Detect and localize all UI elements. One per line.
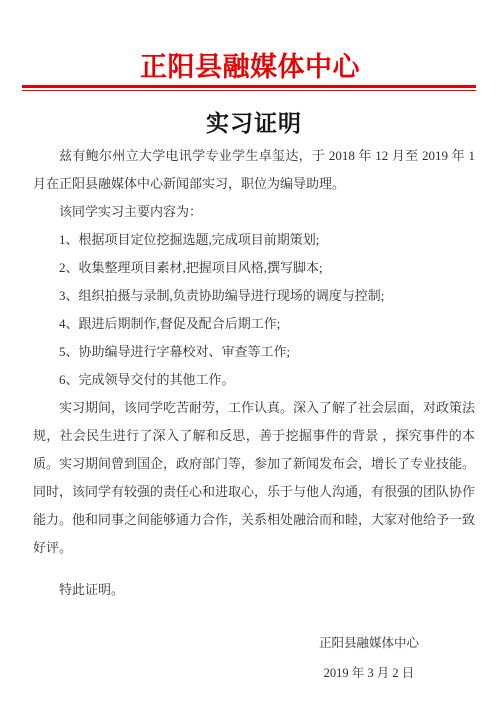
letterhead-double-rule [22, 85, 476, 91]
rule-thick-line [22, 85, 476, 88]
evaluation-paragraph: 实习期间，该同学吃苦耐劳，工作认真。深入了解了社会层面，对政策法规，社会民生进行… [33, 394, 475, 562]
document-body: 兹有鲍尔州立大学电讯学专业学生卓玺达，于 2018 年 12 月至 2019 年… [33, 142, 475, 604]
intro-paragraph: 兹有鲍尔州立大学电讯学专业学生卓玺达，于 2018 年 12 月至 2019 年… [33, 142, 475, 198]
duty-item: 5、协助编导进行字幕校对、审查等工作; [33, 338, 475, 366]
letterhead-org-name: 正阳县融媒体中心 [15, 51, 485, 83]
certificate-page: 正阳县融媒体中心 实习证明 兹有鲍尔州立大学电讯学专业学生卓玺达，于 2018 … [0, 0, 498, 718]
closing-statement: 特此证明。 [33, 576, 475, 604]
duty-item: 1、根据项目定位挖掘选题,完成项目前期策划; [33, 226, 475, 254]
signature-block: 正阳县融媒体中心 2019 年 3 月 2 日 [303, 628, 435, 688]
rule-thin-line [22, 90, 476, 91]
duty-item: 4、跟进后期制作,督促及配合后期工作; [33, 310, 475, 338]
duty-item: 3、组织拍摄与录制,负责协助编导进行现场的调度与控制; [33, 282, 475, 310]
duties-lead-paragraph: 该同学实习主要内容为： [33, 198, 475, 226]
duty-item: 2、收集整理项目素材,把握项目风格,撰写脚本; [33, 254, 475, 282]
duty-item: 6、完成领导交付的其他工作。 [33, 366, 475, 394]
signature-date: 2019 年 3 月 2 日 [303, 658, 435, 688]
signature-org: 正阳县融媒体中心 [303, 628, 435, 658]
document-title: 实习证明 [33, 108, 475, 138]
